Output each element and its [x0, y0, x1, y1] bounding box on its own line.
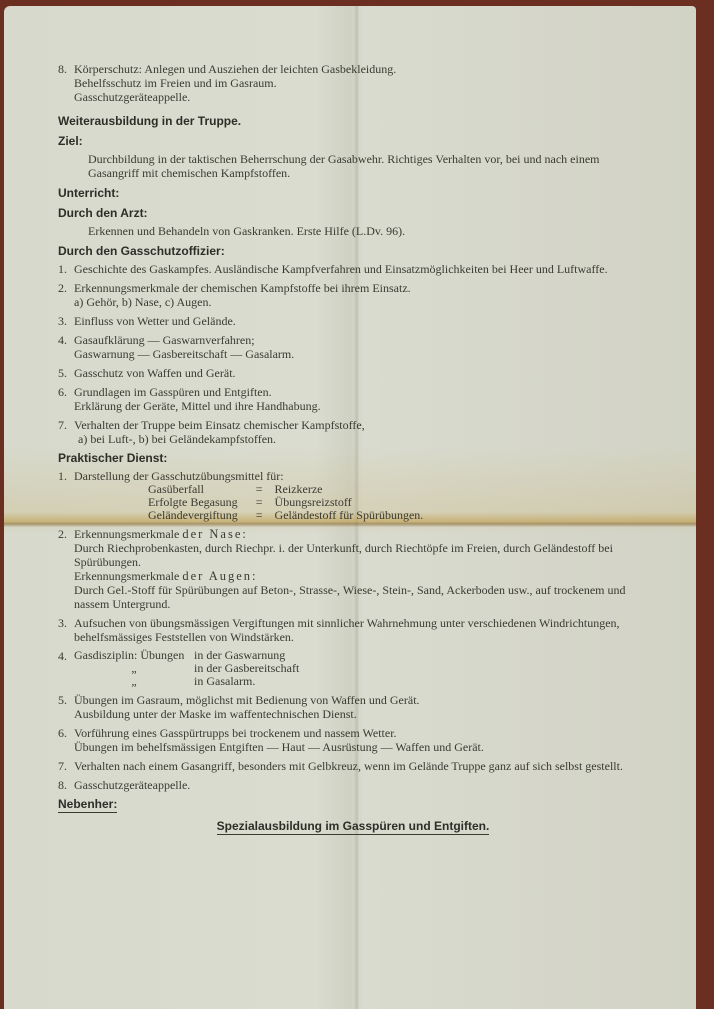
list-item: 5. Gasschutz von Waffen und Gerät.	[58, 366, 648, 380]
praktisch-item-3: 3. Aufsuchen von übungsmässigen Vergiftu…	[58, 616, 648, 644]
item-number: 4.	[58, 333, 74, 361]
item-subtext: a) bei Luft-, b) bei Geländekampfstoffen…	[74, 432, 648, 446]
item-number: 3.	[58, 616, 74, 644]
item-text: Gasschutzgeräteappelle.	[74, 778, 648, 792]
praktisch-heading: Praktischer Dienst:	[58, 451, 648, 465]
item-text: Verhalten der Truppe beim Einsatz chemis…	[74, 418, 648, 432]
item-text: Darstellung der Gasschutzübungsmittel fü…	[74, 469, 648, 483]
item-text: Erkennungsmerkmale der chemischen Kampfs…	[74, 281, 648, 295]
item-number: 2.	[58, 281, 74, 309]
item-text: Übungen im Gasraum, möglichst mit Bedien…	[74, 693, 648, 707]
item-number: 1.	[58, 469, 74, 522]
praktisch-item-1: 1. Darstellung der Gasschutzübungsmittel…	[58, 469, 648, 522]
nase-text: Durch Riechprobenkasten, durch Riechpr. …	[74, 541, 648, 569]
section-title: Weiterausbildung in der Truppe.	[58, 114, 648, 128]
praktisch-item-7: 7. Verhalten nach einem Gasangriff, beso…	[58, 759, 648, 773]
augen-text: Durch Gel.-Stoff für Spürübungen auf Bet…	[74, 583, 648, 611]
item-number: 6.	[58, 726, 74, 754]
item-text: Gasschutz von Waffen und Gerät.	[74, 366, 648, 380]
item-number: 7.	[58, 759, 74, 773]
table-row: „ in Gasalarm.	[74, 675, 299, 688]
item-text: Grundlagen im Gasspüren und Entgiften.	[74, 385, 648, 399]
ziel-text: Durchbildung in der taktischen Beherrsch…	[58, 152, 648, 180]
item-text: Verhalten nach einem Gasangriff, besonde…	[74, 759, 648, 773]
list-item: 4. Gasaufklärung — Gaswarnverfahren; Gas…	[58, 333, 648, 361]
gasdisziplin-table: Gasdisziplin: Übungen in der Gaswarnung …	[74, 649, 299, 688]
praktisch-item-5: 5. Übungen im Gasraum, möglichst mit Bed…	[58, 693, 648, 721]
item-number: 3.	[58, 314, 74, 328]
intro-item-8: 8. Körperschutz: Anlegen und Ausziehen d…	[58, 62, 648, 104]
unterricht-heading: Unterricht:	[58, 186, 648, 200]
list-item: 1. Geschichte des Gaskampfes. Ausländisc…	[58, 262, 648, 276]
item-number: 8.	[58, 778, 74, 792]
list-item: 2. Erkennungsmerkmale der chemischen Kam…	[58, 281, 648, 309]
item-subtext: Erklärung der Geräte, Mittel und ihre Ha…	[74, 399, 648, 413]
list-item: 3. Einfluss von Wetter und Gelände.	[58, 314, 648, 328]
list-item: 6. Grundlagen im Gasspüren und Entgiften…	[58, 385, 648, 413]
praktisch-item-2: 2. Erkennungsmerkmale der Nase: Durch Ri…	[58, 527, 648, 611]
augen-label: Erkennungsmerkmale der Augen:	[74, 569, 648, 583]
table-row: „ in der Gasbereitschaft	[74, 662, 299, 675]
item-number: 7.	[58, 418, 74, 446]
nebenher-heading: Nebenher:	[58, 797, 117, 813]
item-text: Vorführung eines Gasspürtrupps bei trock…	[74, 726, 648, 740]
item-line: Behelfsschutz im Freien und im Gasraum.	[74, 76, 648, 90]
item-line: Gasschutzgeräteappelle.	[74, 90, 648, 104]
table-row: Geländevergiftung = Geländestoff für Spü…	[148, 509, 429, 522]
item-number: 2.	[58, 527, 74, 611]
item-text: Einfluss von Wetter und Gelände.	[74, 314, 648, 328]
praktisch-item-8: 8. Gasschutzgeräteappelle.	[58, 778, 648, 792]
item-text: Gasaufklärung — Gaswarnverfahren;	[74, 333, 648, 347]
offizier-list: 1. Geschichte des Gaskampfes. Ausländisc…	[58, 262, 648, 446]
item-number: 1.	[58, 262, 74, 276]
equivalence-table: Gasüberfall = Reizkerze Erfolgte Begasun…	[148, 483, 429, 522]
item-text: Geschichte des Gaskampfes. Ausländische …	[74, 262, 648, 276]
item-number: 5.	[58, 693, 74, 721]
nase-label: Erkennungsmerkmale der Nase:	[74, 527, 648, 541]
ziel-heading: Ziel:	[58, 134, 648, 148]
item-subtext: Ausbildung unter der Maske im waffentech…	[74, 707, 648, 721]
item-number: 8.	[58, 62, 74, 104]
item-number: 4.	[58, 649, 74, 688]
praktisch-item-6: 6. Vorführung eines Gasspürtrupps bei tr…	[58, 726, 648, 754]
praktisch-item-4: 4. Gasdisziplin: Übungen in der Gaswarnu…	[58, 649, 648, 688]
item-text: Aufsuchen von übungsmässigen Vergiftunge…	[74, 616, 648, 644]
nebenher-text: Spezialausbildung im Gasspüren und Entgi…	[217, 819, 490, 835]
list-item: 7. Verhalten der Truppe beim Einsatz che…	[58, 418, 648, 446]
document-content: 8. Körperschutz: Anlegen und Ausziehen d…	[58, 62, 648, 835]
arzt-text: Erkennen und Behandeln von Gaskranken. E…	[58, 224, 648, 238]
item-subtext: Übungen im behelfsmässigen Entgiften — H…	[74, 740, 648, 754]
offizier-heading: Durch den Gasschutzoffizier:	[58, 244, 648, 258]
item-number: 5.	[58, 366, 74, 380]
arzt-heading: Durch den Arzt:	[58, 206, 648, 220]
item-line: Körperschutz: Anlegen und Ausziehen der …	[74, 62, 648, 76]
item-subtext: Gaswarnung — Gasbereitschaft — Gasalarm.	[74, 347, 648, 361]
item-subtext: a) Gehör, b) Nase, c) Augen.	[74, 295, 648, 309]
item-number: 6.	[58, 385, 74, 413]
